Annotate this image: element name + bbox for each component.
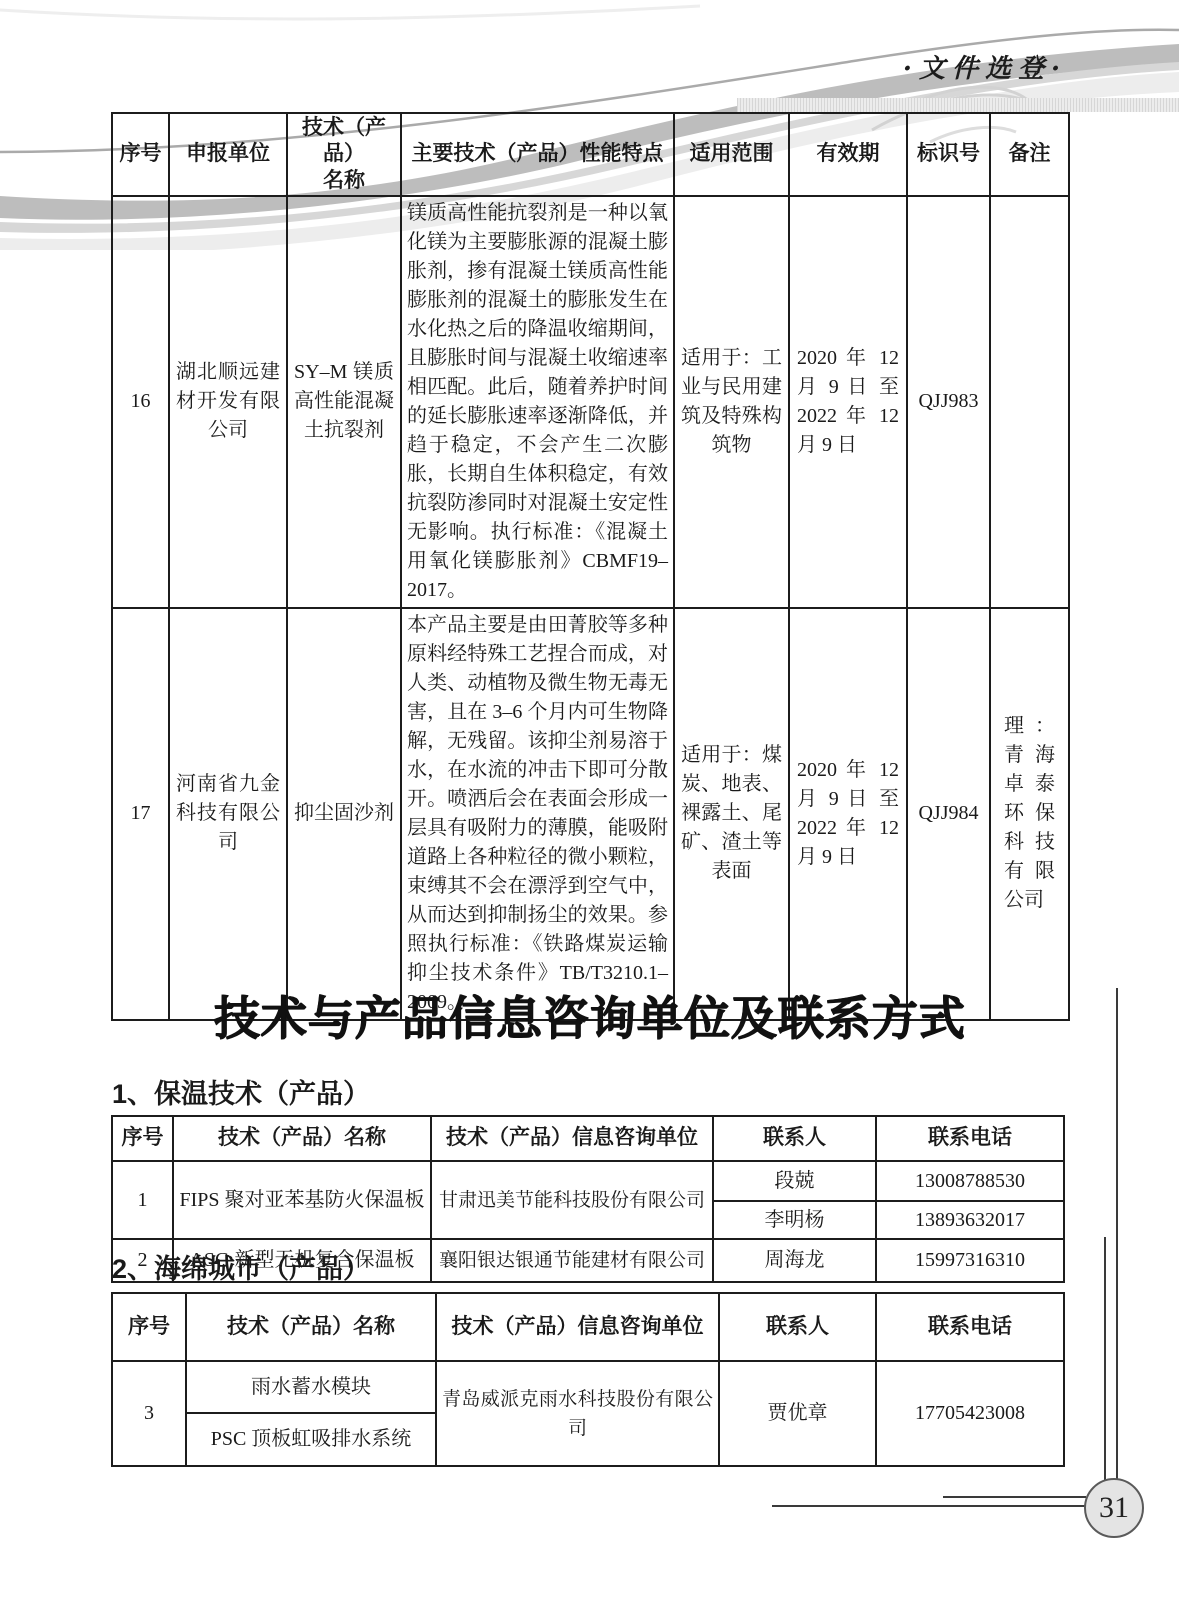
col-remark-header: 备注 — [990, 113, 1069, 196]
contact-table-header-row: 序号 技术（产品）名称 技术（产品）信息咨询单位 联系人 联系电话 — [112, 1293, 1064, 1361]
approval-table: 序号 申报单位 技术（产品） 名称 主要技术（产品）性能特点 适用范围 有效期 … — [111, 112, 1070, 1021]
col-phone-header: 联系电话 — [876, 1293, 1064, 1361]
cell-product: 抑尘固沙剂 — [287, 608, 401, 1020]
cell-product: SY–M 镁质高性能混凝土抗裂剂 — [287, 196, 401, 608]
cell-validity: 2020 年 12 月 9 日 至 2022 年 12 月 9 日 — [789, 196, 907, 608]
section1-heading: 1、保温技术（产品） — [112, 1072, 370, 1111]
margin-rule-outer — [1116, 988, 1118, 1480]
cell-person: 李明杨 — [713, 1201, 876, 1239]
col-no-header: 序号 — [112, 1116, 173, 1161]
col-name-header: 技术（产品）名称 — [173, 1116, 431, 1161]
cell-no: 3 — [112, 1361, 186, 1466]
cell-phone: 17705423008 — [876, 1361, 1064, 1466]
cell-no: 16 — [112, 196, 169, 608]
contact-table-header-row: 序号 技术（产品）名称 技术（产品）信息咨询单位 联系人 联系电话 — [112, 1116, 1064, 1161]
cell-no: 1 — [112, 1161, 173, 1239]
page-header-label: ·文件选登· — [903, 48, 1067, 85]
col-phone-header: 联系电话 — [876, 1116, 1064, 1161]
cell-name: PSC 顶板虹吸排水系统 — [186, 1413, 436, 1466]
cell-person: 周海龙 — [713, 1239, 876, 1282]
col-org-header: 技术（产品）信息咨询单位 — [431, 1116, 713, 1161]
cell-validity: 2020 年 12 月 9 日 至 2022 年 12 月 9 日 — [789, 608, 907, 1020]
col-org-header: 技术（产品）信息咨询单位 — [436, 1293, 719, 1361]
col-applicant-header: 申报单位 — [169, 113, 287, 196]
section2-heading: 2、海绵城市（产品） — [112, 1247, 370, 1286]
col-scope-header: 适用范围 — [674, 113, 789, 196]
footer-rule-long — [772, 1505, 1086, 1507]
cell-person: 段兢 — [713, 1161, 876, 1201]
sponge-city-contact-table: 序号 技术（产品）名称 技术（产品）信息咨询单位 联系人 联系电话 3 雨水蓄水… — [111, 1292, 1065, 1467]
cell-applicant: 河南省九金科技有限公司 — [169, 608, 287, 1020]
cell-features: 本产品主要是由田菁胶等多种原料经特殊工艺捏合而成，对人类、动植物及微生物无毒无害… — [401, 608, 674, 1020]
cell-name: FIPS 聚对亚苯基防火保温板 — [173, 1161, 431, 1239]
col-person-header: 联系人 — [719, 1293, 876, 1361]
cell-scope: 适用于：工业与民用建筑及特殊构筑物 — [674, 196, 789, 608]
cell-applicant: 湖北顺远建材开发有限公司 — [169, 196, 287, 608]
cell-phone: 13008788530 — [876, 1161, 1064, 1201]
table-row: 17 河南省九金科技有限公司 抑尘固沙剂 本产品主要是由田菁胶等多种原料经特殊工… — [112, 608, 1069, 1020]
section-title: 技术与产品信息咨询单位及联系方式 — [0, 982, 1179, 1048]
margin-rule-inner — [1104, 1237, 1106, 1495]
col-person-header: 联系人 — [713, 1116, 876, 1161]
col-name-header: 技术（产品）名称 — [186, 1293, 436, 1361]
table-row: 3 雨水蓄水模块 青岛威派克雨水科技股份有限公司 贾优章 17705423008 — [112, 1361, 1064, 1413]
cell-phone: 13893632017 — [876, 1201, 1064, 1239]
col-validity-header: 有效期 — [789, 113, 907, 196]
page-number-badge: 31 — [1084, 1478, 1144, 1538]
cell-no: 17 — [112, 608, 169, 1020]
cell-person: 贾优章 — [719, 1361, 876, 1466]
table-row: 1 FIPS 聚对亚苯基防火保温板 甘肃迅美节能科技股份有限公司 段兢 1300… — [112, 1161, 1064, 1201]
cell-org: 襄阳银达银通节能建材有限公司 — [431, 1239, 713, 1282]
col-no-header: 序号 — [112, 113, 169, 196]
col-id-header: 标识号 — [907, 113, 990, 196]
cell-remark — [990, 196, 1069, 608]
document-page: ·文件选登· 序号 申报单位 技术（产品） 名称 主要技术（产品）性能特点 适用… — [0, 0, 1179, 1600]
cell-id: QJJ983 — [907, 196, 990, 608]
cell-id: QJJ984 — [907, 608, 990, 1020]
cell-scope: 适用于：煤炭、地表、裸露土、尾矿、渣土等表面 — [674, 608, 789, 1020]
cell-name: 雨水蓄水模块 — [186, 1361, 436, 1413]
footer-rule-short — [943, 1496, 1086, 1498]
cell-org: 青岛威派克雨水科技股份有限公司 — [436, 1361, 719, 1466]
hatched-band-decoration — [737, 98, 1179, 112]
col-features-header: 主要技术（产品）性能特点 — [401, 113, 674, 196]
approval-table-header-row: 序号 申报单位 技术（产品） 名称 主要技术（产品）性能特点 适用范围 有效期 … — [112, 113, 1069, 196]
col-product-header: 技术（产品） 名称 — [287, 113, 401, 196]
page-number: 31 — [1099, 1491, 1129, 1525]
cell-org: 甘肃迅美节能科技股份有限公司 — [431, 1161, 713, 1239]
table-row: 16 湖北顺远建材开发有限公司 SY–M 镁质高性能混凝土抗裂剂 镁质高性能抗裂… — [112, 196, 1069, 608]
cell-phone: 15997316310 — [876, 1239, 1064, 1282]
col-no-header: 序号 — [112, 1293, 186, 1361]
cell-features: 镁质高性能抗裂剂是一种以氧化镁为主要膨胀源的混凝土膨胀剂，掺有混凝土镁质高性能膨… — [401, 196, 674, 608]
cell-remark: 理：青海卓泰环保科技有限公司 — [990, 608, 1069, 1020]
